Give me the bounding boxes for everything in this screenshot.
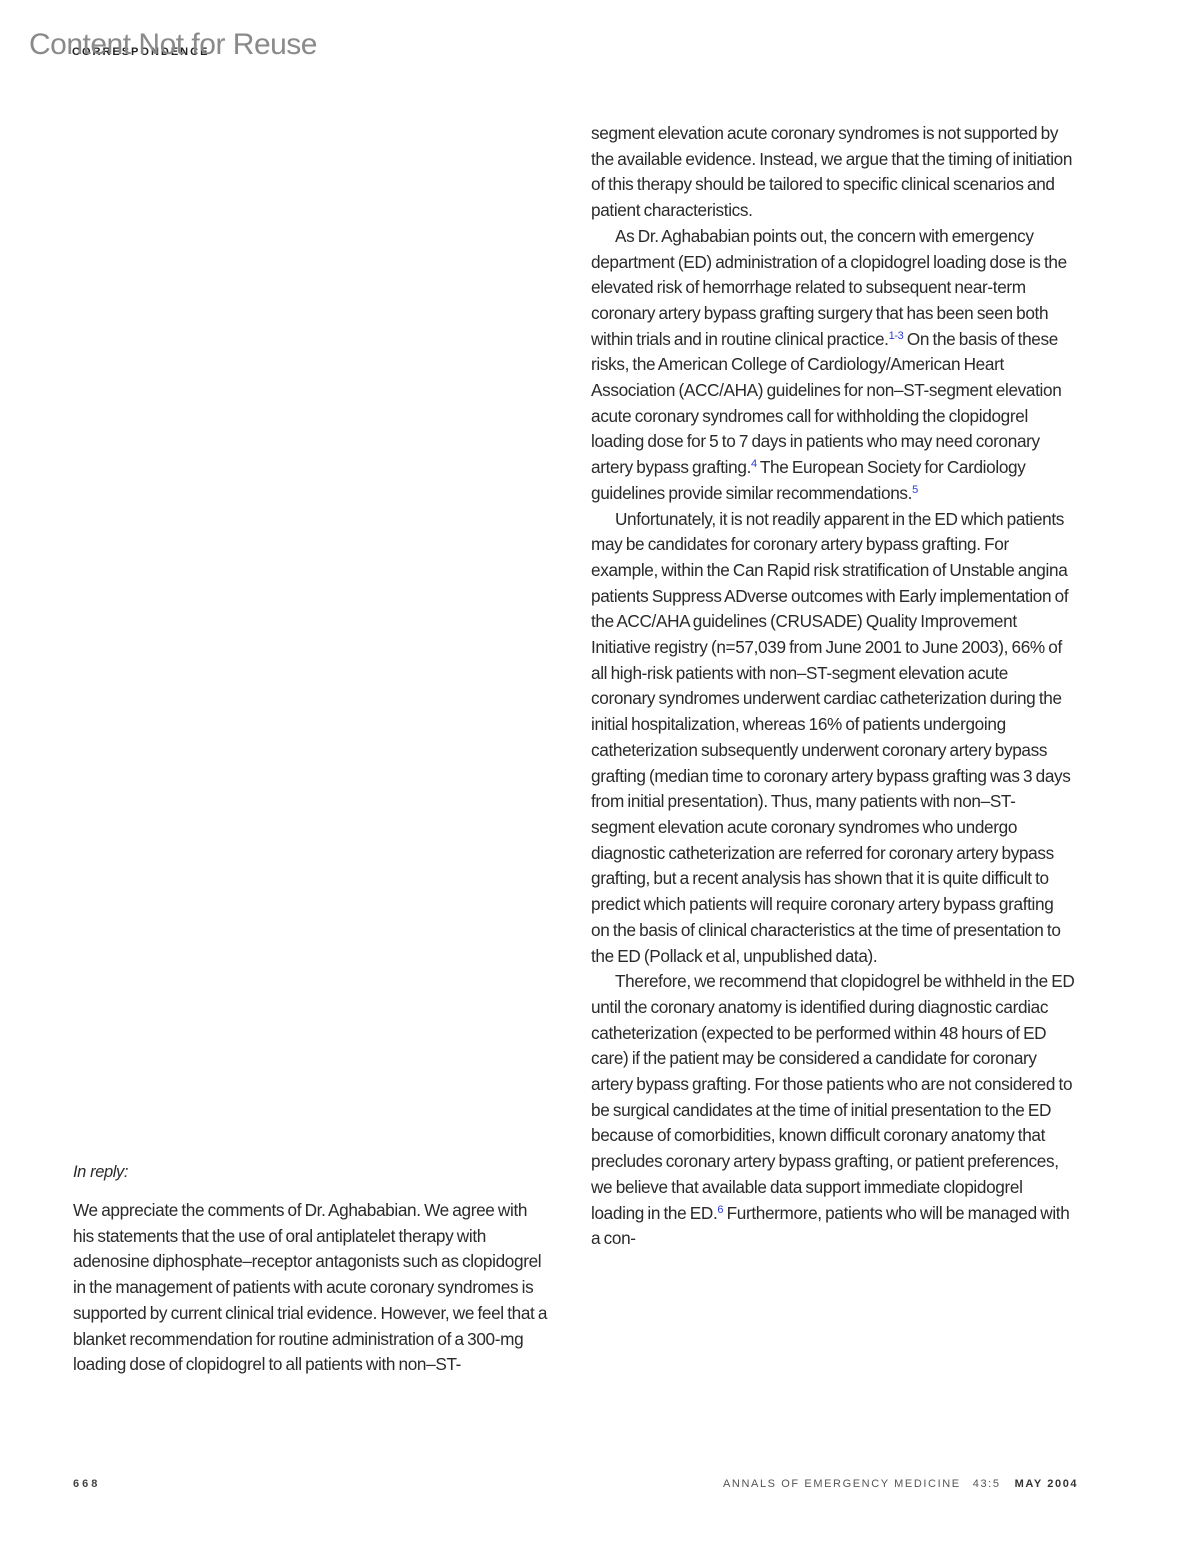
paragraph-crusade: Unfortunately, it is not readily apparen…: [591, 507, 1075, 970]
paragraph-risk: As Dr. Aghababian points out, the concer…: [591, 224, 1075, 507]
left-column: In reply: We appreciate the comments of …: [73, 1163, 548, 1378]
paragraph-recommendation: Therefore, we recommend that clopidogrel…: [591, 969, 1075, 1252]
reply-heading: In reply:: [73, 1163, 548, 1182]
page-number: 668: [73, 1478, 100, 1490]
reference-link-5[interactable]: 5: [912, 484, 918, 496]
watermark: Content Not for Reuse: [29, 28, 317, 62]
reply-paragraph: We appreciate the comments of Dr. Aghaba…: [73, 1198, 548, 1378]
issue-number: 43:5: [973, 1478, 1001, 1490]
issue-date: MAY 2004: [1015, 1478, 1079, 1490]
right-column: segment elevation acute coronary syndrom…: [591, 121, 1075, 1252]
paragraph-continued: segment elevation acute coronary syndrom…: [591, 121, 1075, 224]
reference-link-1-3[interactable]: 1-3: [889, 330, 904, 342]
paragraph-text: On the basis of these risks, the America…: [591, 329, 1061, 478]
running-footer: ANNALS OF EMERGENCY MEDICINE43:5MAY 2004: [723, 1478, 1078, 1490]
journal-name: ANNALS OF EMERGENCY MEDICINE: [723, 1478, 961, 1490]
paragraph-text: Therefore, we recommend that clopidogrel…: [591, 971, 1074, 1222]
